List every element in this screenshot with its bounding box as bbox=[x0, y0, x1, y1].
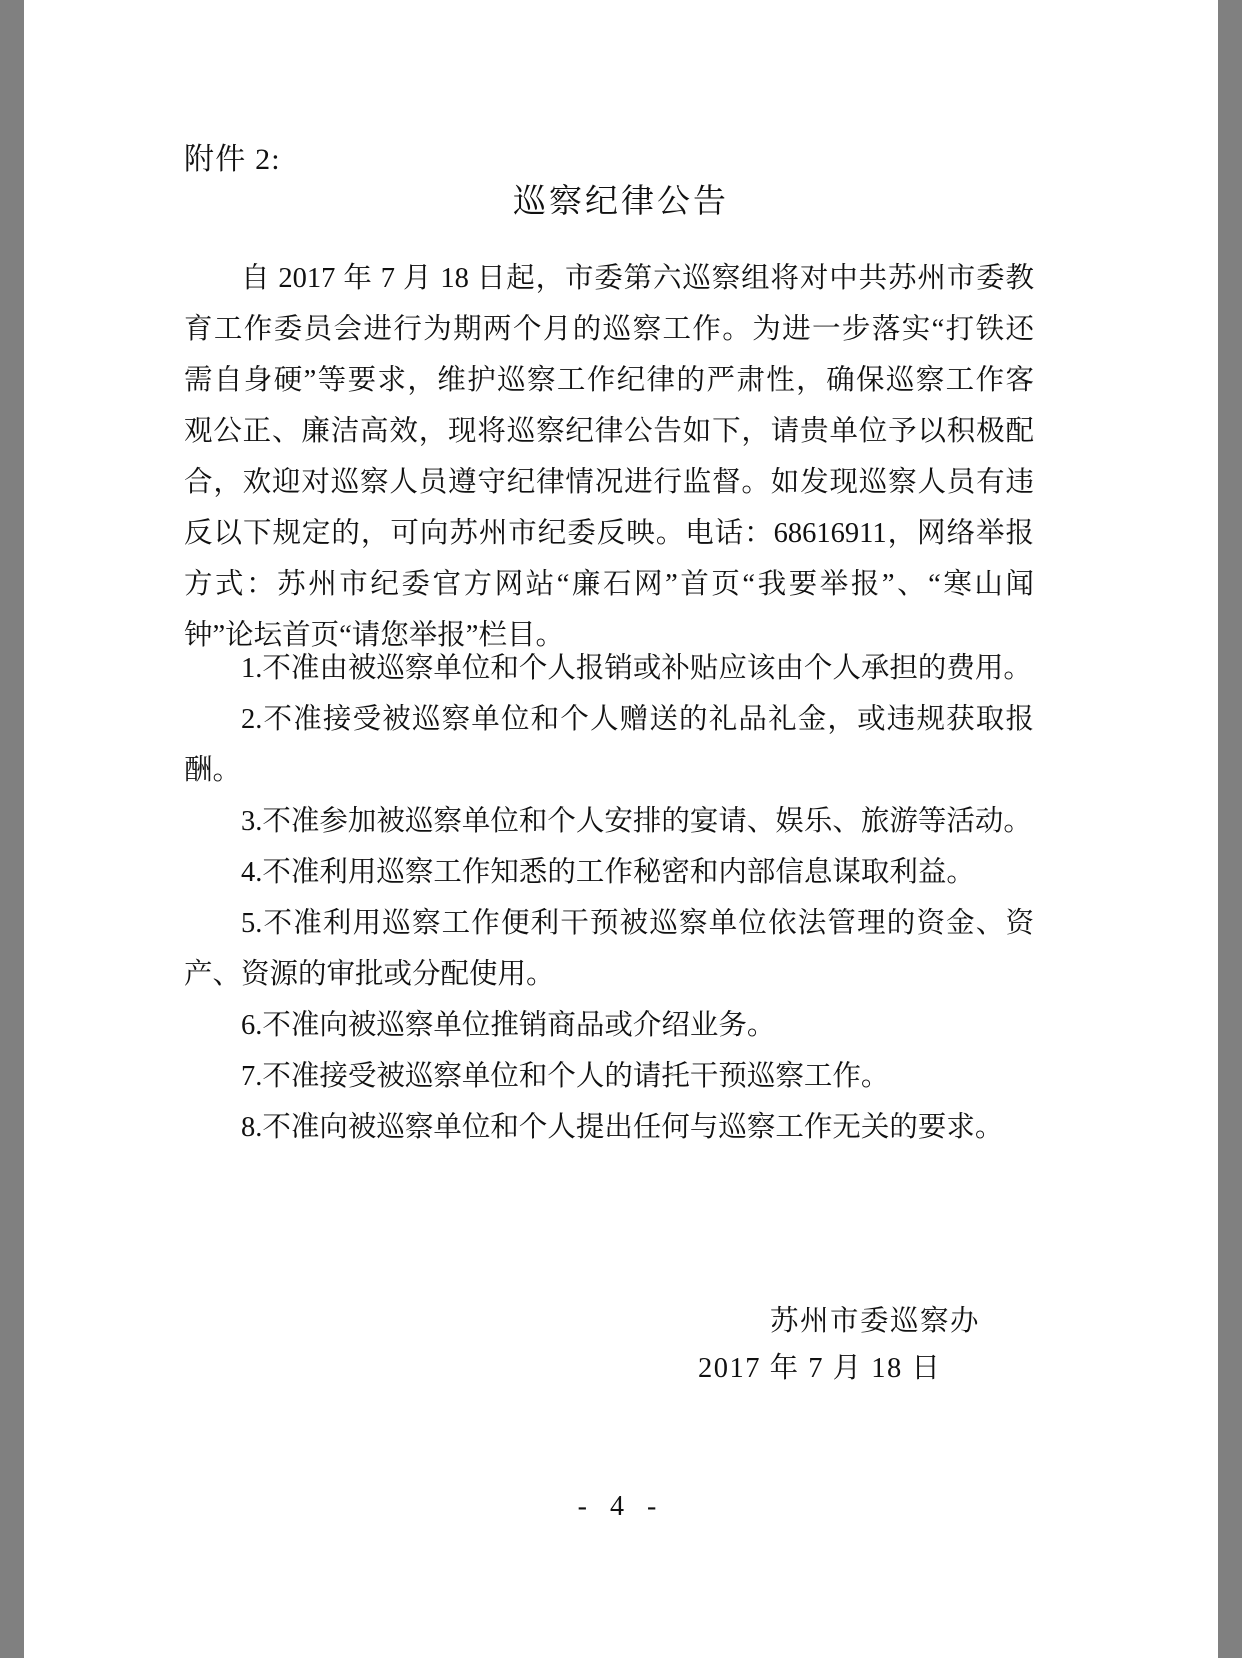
intro-line: 观公正、廉洁高效，现将巡察纪律公告如下，请贵单位予以积极配 bbox=[184, 406, 1034, 457]
rule-item-7: 7.不准接受被巡察单位和个人的请托干预巡察工作。 bbox=[184, 1051, 1034, 1102]
page-number: - 4 - bbox=[24, 1491, 1218, 1523]
intro-line: 反以下规定的，可向苏州市纪委反映。电话：68616911，网络举报 bbox=[184, 508, 1034, 559]
intro-line: 合，欢迎对巡察人员遵守纪律情况进行监督。如发现巡察人员有违 bbox=[184, 457, 1034, 508]
signature-organization: 苏州市委巡察办 bbox=[770, 1298, 980, 1339]
intro-line: 需自身硬”等要求，维护巡察工作纪律的严肃性，确保巡察工作客 bbox=[184, 355, 1034, 406]
rule-item-5-cont: 产、资源的审批或分配使用。 bbox=[184, 949, 1034, 1000]
rule-item-2: 2.不准接受被巡察单位和个人赠送的礼品礼金，或违规获取报 bbox=[184, 694, 1034, 745]
rules-list: 1.不准由被巡察单位和个人报销或补贴应该由个人承担的费用。 2.不准接受被巡察单… bbox=[184, 643, 1034, 1153]
signature-date: 2017 年 7 月 18 日 bbox=[698, 1345, 941, 1386]
intro-line: 育工作委员会进行为期两个月的巡察工作。为进一步落实“打铁还 bbox=[184, 304, 1034, 355]
rule-item-8: 8.不准向被巡察单位和个人提出任何与巡察工作无关的要求。 bbox=[184, 1102, 1034, 1153]
document-page: 附件 2: 巡察纪律公告 自 2017 年 7 月 18 日起，市委第六巡察组将… bbox=[24, 0, 1218, 1658]
attachment-label: 附件 2: bbox=[184, 142, 281, 178]
intro-line: 方式：苏州市纪委官方网站“廉石网”首页“我要举报”、“寒山闻 bbox=[184, 559, 1034, 610]
rule-item-6: 6.不准向被巡察单位推销商品或介绍业务。 bbox=[184, 1000, 1034, 1051]
rule-item-2-cont: 酬。 bbox=[184, 745, 1034, 796]
document-title: 巡察纪律公告 bbox=[24, 183, 1218, 219]
rule-item-4: 4.不准利用巡察工作知悉的工作秘密和内部信息谋取利益。 bbox=[184, 847, 1034, 898]
intro-paragraph: 自 2017 年 7 月 18 日起，市委第六巡察组将对中共苏州市委教 育工作委… bbox=[184, 253, 1034, 661]
rule-item-5: 5.不准利用巡察工作便利干预被巡察单位依法管理的资金、资 bbox=[184, 898, 1034, 949]
rule-item-1: 1.不准由被巡察单位和个人报销或补贴应该由个人承担的费用。 bbox=[184, 643, 1034, 694]
intro-line: 自 2017 年 7 月 18 日起，市委第六巡察组将对中共苏州市委教 bbox=[184, 253, 1034, 304]
rule-item-3: 3.不准参加被巡察单位和个人安排的宴请、娱乐、旅游等活动。 bbox=[184, 796, 1034, 847]
